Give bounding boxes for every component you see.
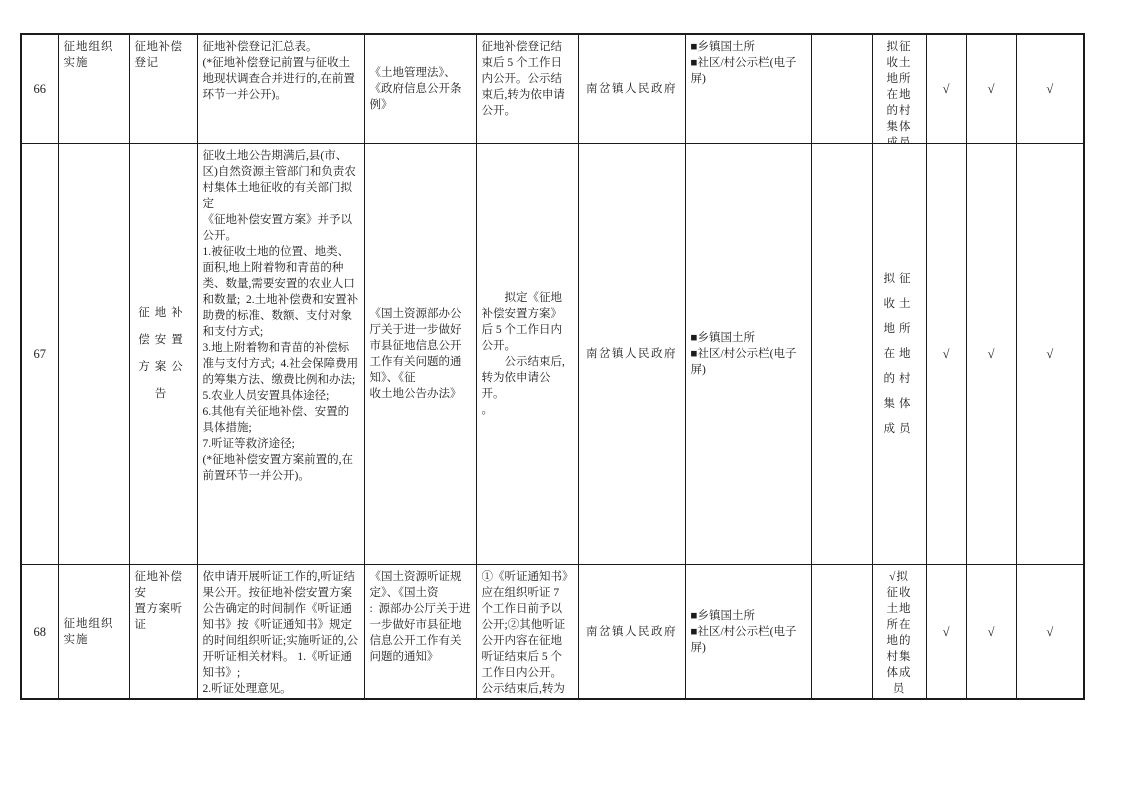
check-cell-2: √ [966, 34, 1016, 144]
channels-text: ■乡镇国土所 ■社区/村公示栏(电子屏) [686, 35, 811, 143]
responsible-entity-text: 南岔镇人民政府 [579, 565, 685, 698]
item-cell: 征地补偿安 置方案听证 [129, 565, 197, 700]
spare-cell [811, 565, 872, 700]
spare-text [812, 565, 872, 698]
row-number: 66 [22, 35, 58, 143]
audience-cell: √拟征收土地所在地的村集体成员 [872, 565, 926, 700]
item-text: 征地补偿安 置方案听证 [130, 565, 197, 698]
item-text: 征地补偿 登记 [130, 35, 197, 143]
time-limit-text: 征地补偿登记结束后 5 个工作日内公开。公示结束后,转为依申请公开。 [477, 35, 578, 143]
responsible-entity-cell: 南岔镇人民政府 [578, 144, 685, 565]
item-text: 征地补偿安置方案公告 [130, 144, 197, 564]
table-row-67: 67 征地补偿安置方案公告 征收土地公告期满后,县(市、区)自然资源主管部门和负… [21, 144, 1084, 565]
check-mark: √ [1017, 144, 1084, 564]
content-text: 征地补偿登记汇总表。 (*征地补偿登记前置与征收土地现状调查合并进行的,在前置环… [198, 35, 364, 143]
responsible-entity-cell: 南岔镇人民政府 [578, 565, 685, 700]
time-limit-cell: 拟定《征地补偿安置方案》后 5 个工作日内公开。 公示结束后,转为依申请公开。 … [476, 144, 578, 565]
responsible-entity-text: 南岔镇人民政府 [579, 35, 685, 143]
stage-text [59, 144, 129, 564]
content-cell: 征收土地公告期满后,县(市、区)自然资源主管部门和负责农村集体土地征收的有关部门… [197, 144, 364, 565]
spare-text [812, 144, 872, 564]
check-mark: √ [967, 35, 1016, 143]
item-cell: 征地补偿 登记 [129, 34, 197, 144]
spare-cell [811, 34, 872, 144]
stage-cell: 征地组织 实施 [58, 34, 129, 144]
row-number-cell: 68 [21, 565, 58, 700]
audience-text: √拟征收土地所在地的村集体成员 [873, 565, 926, 698]
table-row-68: 68 征地组织 实施 征地补偿安 置方案听证 依申请开展听证工作的,听证结果公开… [21, 565, 1084, 700]
check-mark: √ [927, 35, 966, 143]
content-text: 征收土地公告期满后,县(市、区)自然资源主管部门和负责农村集体土地征收的有关部门… [198, 144, 364, 564]
audience-text: 拟征收土地所在地的村集体成员 [873, 144, 926, 564]
check-cell-3: √ [1016, 144, 1084, 565]
check-mark: √ [1017, 35, 1084, 143]
check-mark: √ [927, 565, 966, 698]
row-number: 68 [22, 565, 58, 698]
row-number-cell: 66 [21, 34, 58, 144]
check-cell-3: √ [1016, 565, 1084, 700]
legal-basis-cell: 《土地管理法》、 《政府信息公开条例》 [364, 34, 476, 144]
audience-cell: 拟征收土地所在地的村集体成员 [872, 34, 926, 144]
time-limit-cell: ①《听证通知书》应在组织听证 7 个工作日前予以公开;②其他听证公开内容在征地听… [476, 565, 578, 700]
row-number-cell: 67 [21, 144, 58, 565]
channels-text: ■乡镇国土所 ■社区/村公示栏(电子屏) [686, 565, 811, 698]
check-cell-1: √ [926, 144, 966, 565]
responsible-entity-cell: 南岔镇人民政府 [578, 34, 685, 144]
channels-cell: ■乡镇国土所 ■社区/村公示栏(电子屏) [685, 34, 811, 144]
responsible-entity-text: 南岔镇人民政府 [579, 144, 685, 564]
channels-text: ■乡镇国土所 ■社区/村公示栏(电子屏) [686, 144, 811, 564]
legal-basis-cell: 《国土资源部办公厅关于进一步做好市县征地信息公开工作有关问题的通知》、《征 收土… [364, 144, 476, 565]
audience-cell: 拟征收土地所在地的村集体成员 [872, 144, 926, 565]
check-mark: √ [1017, 565, 1084, 698]
check-cell-1: √ [926, 565, 966, 700]
time-limit-text: 拟定《征地补偿安置方案》后 5 个工作日内公开。 公示结束后,转为依申请公开。 … [477, 144, 578, 564]
legal-basis-cell: 《国土资源听证规定》、《国土资 : 源部办公厅关于进一步做好市县征地信息公开工作… [364, 565, 476, 700]
stage-text: 征地组织 实施 [59, 35, 129, 143]
time-limit-text: ①《听证通知书》应在组织听证 7 个工作日前予以公开;②其他听证公开内容在征地听… [477, 565, 578, 698]
item-cell: 征地补偿安置方案公告 [129, 144, 197, 565]
legal-basis-text: 《土地管理法》、 《政府信息公开条例》 [365, 35, 476, 143]
stage-text: 征地组织 实施 [59, 565, 129, 698]
legal-basis-text: 《国土资源部办公厅关于进一步做好市县征地信息公开工作有关问题的通知》、《征 收土… [365, 144, 476, 564]
check-mark: √ [967, 144, 1016, 564]
spare-cell [811, 144, 872, 565]
spare-text [812, 35, 872, 143]
channels-cell: ■乡镇国土所 ■社区/村公示栏(电子屏) [685, 565, 811, 700]
channels-cell: ■乡镇国土所 ■社区/村公示栏(电子屏) [685, 144, 811, 565]
check-cell-2: √ [966, 565, 1016, 700]
time-limit-cell: 征地补偿登记结束后 5 个工作日内公开。公示结束后,转为依申请公开。 [476, 34, 578, 144]
audience-text: 拟征收土地所在地的村集体成员 [873, 35, 926, 143]
check-mark: √ [927, 144, 966, 564]
check-cell-2: √ [966, 144, 1016, 565]
content-cell: 征地补偿登记汇总表。 (*征地补偿登记前置与征收土地现状调查合并进行的,在前置环… [197, 34, 364, 144]
stage-cell [58, 144, 129, 565]
content-cell: 依申请开展听证工作的,听证结果公开。按征地补偿安置方案公告确定的时间制作《听证通… [197, 565, 364, 700]
check-cell-1: √ [926, 34, 966, 144]
check-cell-3: √ [1016, 34, 1084, 144]
row-number: 67 [22, 144, 58, 564]
land-acquisition-disclosure-table: 66 征地组织 实施 征地补偿 登记 征地补偿登记汇总表。 (*征地补偿登记前置… [20, 33, 1085, 700]
stage-cell: 征地组织 实施 [58, 565, 129, 700]
check-mark: √ [967, 565, 1016, 698]
legal-basis-text: 《国土资源听证规定》、《国土资 : 源部办公厅关于进一步做好市县征地信息公开工作… [365, 565, 476, 698]
document-page: 66 征地组织 实施 征地补偿 登记 征地补偿登记汇总表。 (*征地补偿登记前置… [0, 0, 1122, 793]
content-text: 依申请开展听证工作的,听证结果公开。按征地补偿安置方案公告确定的时间制作《听证通… [198, 565, 364, 698]
table-row-66: 66 征地组织 实施 征地补偿 登记 征地补偿登记汇总表。 (*征地补偿登记前置… [21, 34, 1084, 144]
